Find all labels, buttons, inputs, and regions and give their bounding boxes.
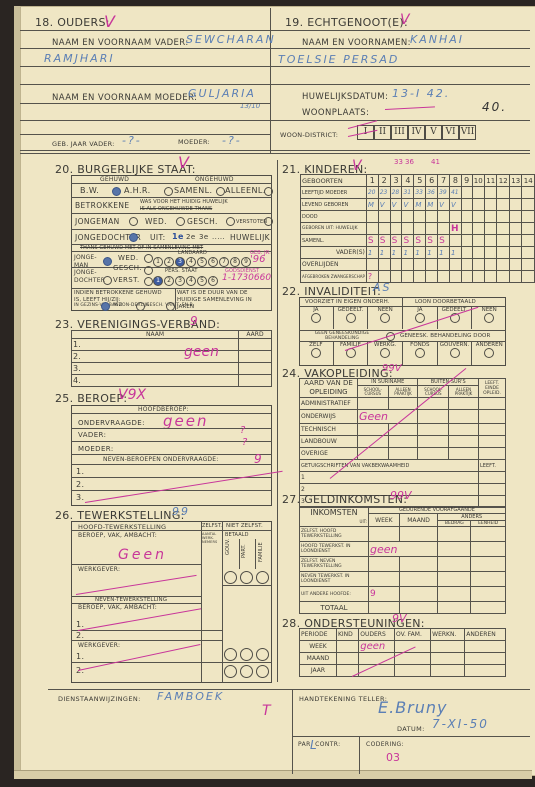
periode-row: JAAR — [300, 665, 337, 677]
option-ahr: A.H.R. — [124, 186, 151, 195]
inkomsten-row: HOOFD TEWERKST. IN LOONDIENST — [300, 542, 369, 557]
levend-cell[interactable]: V — [449, 199, 461, 211]
is-als-label: IS ALS ONGEHUWDE THANS — [140, 206, 212, 212]
in-suriname-header: IN SURINAME — [358, 379, 418, 386]
radio-ja[interactable] — [311, 313, 321, 323]
sub-header: SCHOOL-CURSUS — [358, 386, 389, 398]
vader-cell[interactable]: 1 — [378, 247, 390, 259]
opleiding-row: OVERIGE — [300, 448, 358, 460]
rule — [71, 464, 272, 465]
levend-cell[interactable]: V — [438, 199, 450, 211]
par-contr-value[interactable]: L — [310, 738, 319, 752]
col-header: PERIODE — [300, 629, 337, 641]
aantal-werknemers-label: AANTAL WERK-NEMERS — [202, 532, 221, 544]
radio-fonds[interactable] — [415, 348, 425, 358]
woon-district-label: WOON-DISTRICT: — [280, 131, 338, 139]
verenigingen-value[interactable]: geen — [184, 344, 219, 360]
voorziet-label: VOORZIET IN EIGEN ONDERH. — [305, 299, 390, 305]
ordinal-1e[interactable]: 1e — [172, 232, 184, 241]
col-header: OUDERS — [359, 629, 395, 641]
col-header: 8 — [449, 175, 461, 187]
radio-afzonderlijk[interactable] — [136, 302, 145, 311]
sub-header: ALLEEN PRAKTIJK — [388, 386, 418, 398]
radio-gesch2[interactable] — [144, 266, 153, 275]
col-header: 3 — [390, 175, 402, 187]
rule — [71, 251, 272, 252]
woonplaats-value[interactable]: 40. — [482, 100, 507, 114]
aard-header: AARD — [239, 331, 272, 339]
radio-wed[interactable] — [176, 217, 185, 226]
row-header: AFGEBROKEN ZWANGERSCHAP — [301, 271, 367, 283]
landaard-label: LANDAARD — [178, 250, 207, 256]
samenl-cell[interactable]: S — [390, 235, 402, 247]
rule — [222, 521, 223, 683]
col-header: 6 — [426, 175, 438, 187]
radio-jonge-dochter[interactable] — [103, 276, 112, 285]
aard-cell[interactable] — [239, 363, 272, 375]
pers-staat-option[interactable]: 3 — [175, 276, 185, 286]
radio-verstoten[interactable] — [264, 217, 273, 226]
ordinal-other[interactable]: ..... — [212, 233, 225, 241]
col-header: 2 — [378, 175, 390, 187]
district-option[interactable]: IV — [408, 125, 425, 140]
radio-gouv[interactable] — [224, 571, 237, 584]
leeftijd-cell[interactable]: 39 — [438, 187, 450, 199]
row-header: LEEFTIJD MOEDER — [301, 187, 367, 199]
opleiding-row: ONDERWIJS — [300, 410, 358, 424]
werkgever-label: WERKGEVER: — [78, 566, 120, 573]
sub-header: ALLEEN PRAKTIJK — [449, 386, 479, 398]
geldinkomsten-value[interactable]: geen — [369, 542, 438, 557]
neven-tewerk-row[interactable]: 1. — [76, 620, 84, 629]
rule — [222, 585, 272, 586]
leeftijd-cell[interactable]: 28 — [390, 187, 402, 199]
aard-header: AARD VAN DE OPLEIDING — [300, 379, 358, 398]
rule — [71, 213, 272, 214]
vader-label: NAAM EN VOORNAAM VADER: — [52, 38, 189, 48]
leeft-header: LEEFT. — [479, 460, 506, 472]
rule — [71, 229, 272, 230]
opleiding-row: ADMINISTRATIEF — [300, 398, 358, 410]
col-header: 13 — [509, 175, 521, 187]
genees-label: GENEESK. BEHANDELING DOOR — [400, 333, 490, 339]
geen-behandeling-label: GEEN GENEESKUNDIGE BEHANDELING — [303, 331, 381, 341]
pers-staat-option[interactable]: 5 — [197, 276, 207, 286]
leeftijd-cell[interactable]: 41 — [449, 187, 461, 199]
levend-cell[interactable]: V — [378, 199, 390, 211]
ondersteuningen-value[interactable]: geen — [359, 641, 395, 653]
datum-label: DATUM: — [397, 725, 425, 733]
radio-jongeman[interactable] — [129, 217, 138, 226]
footer-rule — [48, 689, 530, 690]
radio-verst[interactable] — [144, 277, 153, 286]
invaliditeit-row-1: JA GEDEELT. NEEN JA GEDEELT. NEEN — [299, 307, 506, 329]
footer-divider — [359, 736, 360, 774]
footer-rule — [292, 736, 530, 737]
vereniging-row[interactable]: 4. — [72, 375, 239, 387]
radio-neven-familie-1[interactable] — [256, 648, 269, 661]
vader-cell[interactable]: 1 — [426, 247, 438, 259]
neven-row[interactable]: 1. — [76, 467, 84, 476]
geldinkomsten-title: 27. GELDINKOMSTEN: — [282, 493, 407, 506]
datum-value[interactable]: 7-XI-50 — [432, 717, 489, 731]
gehuwd-header: GEHUWD — [100, 176, 129, 183]
inkomsten-row: ZELFST. NEVEN TEWERKSTELLING — [300, 557, 369, 572]
neven-row[interactable]: 3. — [76, 493, 84, 502]
leeftijd-cell[interactable]: 31 — [402, 187, 414, 199]
rule — [201, 521, 202, 683]
niet-zelfst-label: NIET ZELFST. — [226, 523, 263, 529]
col-header: 11 — [485, 175, 497, 187]
radio-loon-neen[interactable] — [484, 313, 494, 323]
landaard-option[interactable]: 5 — [197, 257, 207, 267]
radio-wed2[interactable] — [144, 254, 153, 263]
landaard-option[interactable]: 2 — [164, 257, 174, 267]
moeder-label: NAAM EN VOORNAAM MOEDER: — [52, 93, 197, 103]
beroep-vader-value[interactable]: ? — [240, 425, 245, 436]
verst-label: VERST. — [113, 276, 140, 284]
district-option[interactable]: II — [374, 125, 391, 140]
kinderen-table: GEBOORTEN 1 2 3 4 5 6 7 8 9 10 11 12 13 … — [300, 174, 535, 283]
moeder-jaar-label: MOEDER: — [178, 138, 210, 146]
radio-loon-ja[interactable] — [415, 313, 425, 323]
codering-label: CODERING: — [366, 741, 404, 748]
verenigingen-table: NAAMAARD 1. 2. 3. 4. — [71, 330, 272, 387]
totaal-label: TOTAAL — [300, 602, 369, 614]
vakopleiding-mark: 99V — [382, 363, 402, 374]
vader-cell[interactable]: 1 — [449, 247, 461, 259]
ordinal-2e[interactable]: 2e — [186, 233, 196, 241]
huwelijk-label: HUWELIJK — [230, 233, 270, 242]
district-option[interactable]: VII — [459, 125, 476, 140]
radio-zelf[interactable] — [311, 348, 321, 358]
geldinkomsten-mark: 99V — [390, 489, 412, 502]
leeftijd-cell[interactable]: 20 — [366, 187, 378, 199]
radio-jonge-man[interactable] — [103, 257, 112, 266]
col-header: ANDEREN — [465, 629, 506, 641]
verstoten-label: VERSTOTEN — [236, 219, 267, 225]
geb-jaar-vader-label: GEB. JAAR VADER: — [52, 140, 115, 148]
district-option[interactable]: V — [425, 125, 442, 140]
echtgenoot-naam-value[interactable]: KANHAI — [410, 33, 464, 46]
levend-cell[interactable]: V — [402, 199, 414, 211]
huwelijk-mark: H — [449, 223, 461, 235]
echtgenoot-naam-label: NAAM EN VOORNAMEN: — [302, 38, 411, 48]
opleiding-row: LANDBOUW — [300, 436, 358, 448]
vader-value[interactable]: SEWCHARAN — [186, 33, 276, 46]
page-edge — [14, 770, 532, 779]
radio-neven-part-2[interactable] — [240, 665, 253, 678]
werkgever2-row[interactable]: 1. — [76, 652, 84, 661]
row-header: OVERLIJDEN — [301, 259, 367, 271]
betrokkene-label: BETROKKENE — [75, 201, 130, 210]
rule — [20, 66, 530, 67]
handtekening-label: HANDTEKENING TELLER: — [299, 695, 387, 703]
radio-neen[interactable] — [380, 313, 390, 323]
andere-mark: 9 — [369, 587, 400, 602]
beroep-mark: V9X — [118, 387, 146, 403]
geb-jaar-vader-value[interactable]: -?- — [122, 134, 142, 147]
vakopleiding-value[interactable]: Geen — [358, 410, 418, 424]
radio-ingezind[interactable] — [101, 302, 110, 311]
pers-staat-option[interactable]: 1 — [153, 276, 163, 286]
beroep-vak2-label: BEROEP, VAK, AMBACHT: — [78, 604, 157, 611]
radio-gedeelt[interactable] — [346, 313, 356, 323]
ondervraagde-label: ONDERVRAAGDE: — [78, 419, 145, 427]
leeft-einde-header: LEEFT. EINDE OPLEID. — [479, 379, 506, 398]
rule — [71, 490, 272, 491]
teller-signature[interactable]: E.Bruny — [378, 698, 448, 717]
week-header: WEEK — [369, 514, 400, 527]
radio-jongedochter[interactable] — [129, 233, 138, 242]
ouders-title: 18. OUDERS: — [35, 16, 110, 29]
pers-staat-label: PERS. STAAT — [165, 268, 198, 274]
kinderen-note: 41 — [431, 158, 440, 166]
dienst-label: DIENSTAANWIJZINGEN: — [58, 695, 141, 703]
anders-header: ANDERS — [438, 514, 506, 521]
loon-label: LOON DOORBETAALD — [415, 299, 476, 305]
vader-cell[interactable]: 1 — [414, 247, 426, 259]
periode-row: WEEK — [300, 641, 337, 653]
samenl-cell[interactable]: S — [366, 235, 378, 247]
neven-beroepen-label: NEVEN-BEROEPEN ONDERVRAAGDE: — [103, 456, 218, 463]
was-voor-label: WAS VOOR HET HUIDIG HUWELIJK — [140, 199, 228, 205]
levend-cell[interactable]: M — [414, 199, 426, 211]
familie-label: FAMILIE — [258, 542, 264, 562]
col-header: 7 — [438, 175, 450, 187]
tewerkstelling-mark: 99 — [172, 505, 190, 518]
wed2-label: WED. — [118, 254, 139, 262]
rule — [71, 288, 272, 289]
radio-alleenl[interactable] — [264, 187, 273, 196]
col-header: 10 — [472, 175, 484, 187]
radio-gouvern[interactable] — [450, 348, 460, 358]
rule — [20, 30, 530, 31]
geldinkomsten-table: INKOMSTENUIT: GEDURENDE VOORAFGAANDE WEE… — [299, 506, 506, 614]
radio-anderen[interactable] — [484, 348, 494, 358]
radio-neven-familie-2[interactable] — [256, 665, 269, 678]
col-header: 4 — [402, 175, 414, 187]
rule — [71, 662, 272, 663]
rule — [20, 84, 530, 85]
leeftijd-cell[interactable]: 33 — [414, 187, 426, 199]
samenl-cell[interactable]: S — [414, 235, 426, 247]
vereniging-row[interactable]: 3. — [72, 363, 239, 375]
naam-header: NAAM — [72, 331, 239, 339]
rule — [20, 48, 530, 49]
col-header: WERKN. — [431, 629, 465, 641]
kinderen-note: 33 — [394, 158, 403, 166]
radio-samenl[interactable] — [216, 187, 225, 196]
samenl-cell[interactable]: S — [438, 235, 450, 247]
inkomsten-header: INKOMSTEN — [310, 508, 357, 517]
levend-cell[interactable]: M — [366, 199, 378, 211]
option-samenl: SAMENL. — [174, 186, 212, 195]
rule — [71, 197, 272, 198]
radio-gesch[interactable] — [226, 217, 235, 226]
invaliditeit-mark: AS — [373, 281, 392, 294]
radio-gesch-vantenb[interactable] — [166, 302, 175, 311]
column-divider — [277, 160, 278, 682]
rule — [239, 539, 240, 569]
invaliditeit-row-2: ZELF FAMILIE WERKG. FONDS GOUVERN. ANDER… — [299, 342, 506, 365]
part-label: PART. — [241, 544, 247, 558]
tewerkstelling-beroep-value[interactable]: Geen — [118, 547, 167, 563]
geb-jr-value[interactable]: '96 — [250, 254, 265, 265]
radio-bw[interactable] — [112, 187, 121, 196]
vader-cell[interactable]: 1 — [402, 247, 414, 259]
neven-tewerk-row[interactable]: 2. — [76, 631, 84, 640]
rule — [71, 454, 272, 455]
pers-staat-option[interactable]: 6 — [208, 276, 218, 286]
levend-cell[interactable]: V — [390, 199, 402, 211]
beroep-vak-label: BEROEP, VAK, AMBACHT: — [78, 532, 157, 539]
ordinal-3e[interactable]: 3e — [199, 233, 209, 241]
verenigingen-mark: 9 — [190, 314, 198, 328]
rule — [20, 103, 270, 104]
landaard-option[interactable]: 8 — [230, 257, 240, 267]
radio-ahr[interactable] — [164, 187, 173, 196]
uit-label: UIT: — [360, 517, 367, 526]
landaard-option[interactable]: 4 — [186, 257, 196, 267]
row-header: GEBOREN UIT: HUWELIJK — [301, 223, 367, 235]
ongehuwd-header: ONGEHUWD — [195, 176, 234, 183]
district-option[interactable]: III — [391, 125, 408, 140]
godsdienst-value[interactable]: 1-1730660 — [222, 273, 271, 283]
neven-row[interactable]: 2. — [76, 480, 84, 489]
gouv-label: GOUV. — [225, 539, 231, 555]
rule — [71, 630, 222, 631]
moeder-value[interactable]: GULJARIA — [188, 87, 256, 100]
beroep-moeder-label: MOEDER: — [78, 445, 114, 453]
rule — [71, 183, 272, 184]
rule — [20, 153, 530, 154]
codering-value[interactable]: 03 — [386, 751, 400, 764]
samenl-cell[interactable]: S — [378, 235, 390, 247]
inkomsten-row: NEVEN TEWERKST. IN LOONDIENST — [300, 572, 369, 587]
vader-value-2[interactable]: RAMJHARI — [44, 52, 115, 65]
huwelijksdatum-label: HUWELIJKSDATUM: — [302, 92, 388, 102]
row-header: VADER(S) — [301, 247, 367, 259]
samenl-cell[interactable]: S — [426, 235, 438, 247]
rule — [255, 539, 256, 569]
pers-staat-option[interactable]: 2 — [164, 276, 174, 286]
maand-header: MAAND — [399, 514, 438, 527]
radio-neven-gouv-2[interactable] — [224, 665, 237, 678]
dienst-value[interactable]: FAMBOEK — [157, 690, 224, 703]
wed-label: WED. — [145, 217, 167, 226]
aard-cell[interactable] — [239, 339, 272, 351]
aard-cell[interactable] — [239, 351, 272, 363]
kinderen-check: V — [352, 158, 362, 174]
ouders-check: V — [104, 12, 115, 31]
landaard-option[interactable]: 6 — [208, 257, 218, 267]
col-header: KIND — [336, 629, 358, 641]
echtgenoot-naam-value-2[interactable]: TOELSIE PERSAD — [278, 53, 399, 66]
periode-row: MAAND — [300, 653, 337, 665]
landaard-option[interactable]: 7 — [219, 257, 229, 267]
getuig-row[interactable]: 1 — [300, 472, 479, 484]
row-header: SAMENL. — [301, 235, 367, 247]
inkomsten-row: ZELFST. HOOFD TEWERKSTELLING — [300, 527, 369, 542]
row-header: LEVEND GEBOREN — [301, 199, 367, 211]
vader-cell[interactable]: 1 — [438, 247, 450, 259]
col-header: 9 — [461, 175, 472, 187]
row-header: DOOD — [301, 211, 367, 223]
district-option[interactable]: VI — [442, 125, 459, 140]
aard-cell[interactable] — [239, 375, 272, 387]
gedurende-header: GEDURENDE VOORAFGAANDE — [369, 507, 506, 514]
col-header: 5 — [414, 175, 426, 187]
option-bw: B.W. — [80, 186, 99, 195]
district-selector[interactable]: I II III IV V VI VII — [357, 125, 487, 140]
leeftijd-cell[interactable]: 36 — [426, 187, 438, 199]
radio-neven-part-1[interactable] — [240, 648, 253, 661]
uit-label: UIT: — [150, 233, 166, 242]
werkgever2-label: WERKGEVER: — [78, 642, 120, 649]
opleiding-row: TECHNISCH — [300, 424, 358, 436]
dienst-mark: T — [262, 703, 271, 719]
radio-familie[interactable] — [256, 571, 269, 584]
rule — [71, 564, 201, 565]
radio-neven-gouv-1[interactable] — [224, 648, 237, 661]
beroep-title: 25. BEROEP: — [55, 392, 127, 405]
par-contr-label: PAR. CONTR: — [298, 741, 341, 748]
radio-part[interactable] — [240, 571, 253, 584]
levend-cell[interactable]: M — [426, 199, 438, 211]
kinderen-note: 36 — [405, 158, 414, 166]
samenl-cell[interactable]: S — [402, 235, 414, 247]
jongeman-label: JONGEMAN — [75, 217, 120, 226]
inkomsten-row: UIT ANDERE HOOFDE: — [300, 587, 369, 602]
zelfst-label: ZELFST. — [202, 523, 222, 529]
option-alleenl: ALLEENL. — [225, 186, 266, 195]
col-header: OV. FAM. — [395, 629, 431, 641]
col-header: 1 — [366, 175, 378, 187]
betaald-label: BETAALD — [225, 532, 249, 538]
woonplaats-label: WOONPLAATS: — [302, 108, 369, 118]
rule — [71, 640, 222, 641]
rule — [71, 530, 272, 531]
pers-staat-option[interactable]: 4 — [186, 276, 196, 286]
moeder-jaar-value[interactable]: -?- — [222, 134, 242, 147]
jonge-dochter-label: JONGE-DOCHTER — [74, 269, 100, 285]
rule — [20, 150, 530, 151]
vader-cell[interactable]: 1 — [366, 247, 378, 259]
echtgenoot-title: 19. ECHTGENOOT(E): — [285, 16, 408, 29]
footer-divider — [292, 689, 293, 774]
vader-cell[interactable]: 1 — [390, 247, 402, 259]
rule — [20, 120, 530, 121]
burgerlijke-staat-check: V — [178, 153, 189, 172]
ondersteuningen-mark: 9V — [392, 612, 407, 625]
beroep-vader-label: VADER: — [78, 431, 106, 439]
echtgenoot-check: V — [400, 12, 410, 28]
indien-label: INDIEN BETROKKENE GEHUWD IS, LEEFT HIJ/Z… — [74, 290, 164, 304]
row-header: GEBOORTEN — [301, 175, 367, 187]
gesch-label: GESCH. — [187, 217, 218, 226]
radio-werkg[interactable] — [380, 348, 390, 358]
rule — [175, 288, 176, 311]
sub-header: SCHOOL-CURSUS — [418, 386, 449, 398]
huwelijksdatum-value[interactable]: 13-I 42. — [392, 87, 450, 100]
beroep-moeder-value[interactable]: ? — [242, 437, 247, 448]
gesch2-label: GESCH. — [113, 264, 142, 272]
getuig-header: GETUIGSCHRIFTEN VAN VAKBEKWAAMHEID — [300, 460, 479, 472]
landaard-option[interactable]: 3 — [175, 257, 185, 267]
landaard-option[interactable]: 1 — [153, 257, 163, 267]
leeftijd-cell[interactable]: 23 — [378, 187, 390, 199]
